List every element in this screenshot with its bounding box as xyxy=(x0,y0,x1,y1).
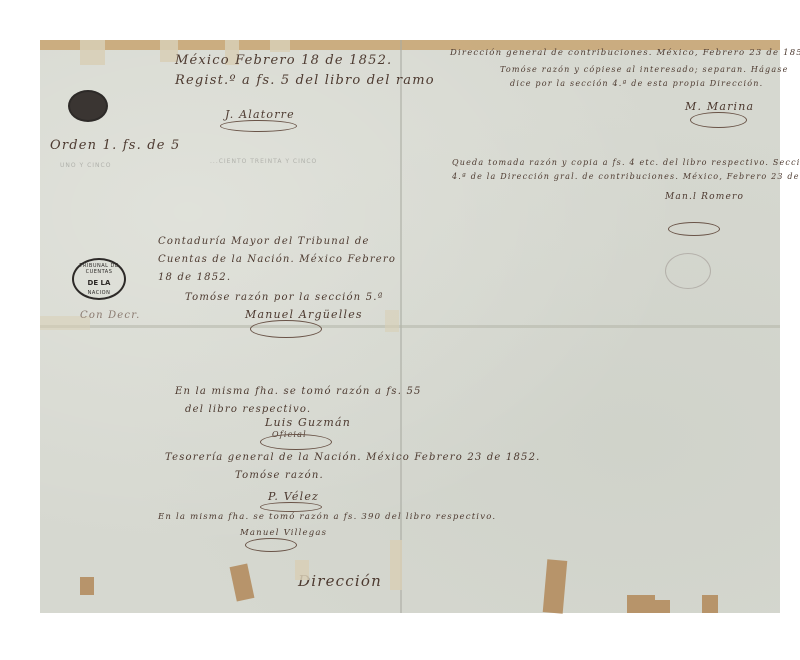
tape-patch xyxy=(627,595,655,613)
tape-patch xyxy=(295,560,309,580)
stamp-note: Con Decr. xyxy=(80,310,141,321)
block2-line-2: del libro respectivo. xyxy=(185,404,311,415)
tape-patch xyxy=(702,595,718,613)
right-block2-line-1: Queda tomada razón y copia a fs. 4 etc. … xyxy=(452,158,800,167)
block1-line-2: Cuentas de la Nación. México Febrero xyxy=(158,254,396,265)
tape-patch xyxy=(230,564,255,602)
tape-patch xyxy=(655,600,670,613)
margin-note: Orden 1. fs. de 5 xyxy=(50,138,181,153)
printed-letterhead: UNO Y CINCO xyxy=(60,162,111,169)
embossed-seal xyxy=(665,253,711,289)
signature-flourish xyxy=(220,120,297,132)
right-block1-line-1: Tomóse razón y cópiese al interesado; se… xyxy=(500,65,789,74)
tape-patch xyxy=(270,40,290,52)
header-line-2: Regist.º a fs. 5 del libro del ramo xyxy=(175,73,435,88)
block2-line-1: En la misma fha. se tomó razón a fs. 55 xyxy=(175,386,422,397)
tape-patch xyxy=(390,540,402,590)
block4-line-1: En la misma fha. se tomó razón a fs. 390… xyxy=(158,512,496,522)
right-block2-line-2: 4.ª de la Dirección gral. de contribucio… xyxy=(452,172,800,181)
block4-signature: Manuel Villegas xyxy=(240,528,327,538)
tape-patch xyxy=(80,577,94,595)
tape-patch xyxy=(385,310,399,332)
block1-line-4: Tomóse razón por la sección 5.ª xyxy=(185,292,384,303)
signature-flourish xyxy=(250,320,322,338)
tape-patch xyxy=(80,40,105,65)
signature-flourish xyxy=(690,112,747,128)
signature-flourish xyxy=(260,502,322,512)
stamp-bottom-text: NACION xyxy=(74,290,124,296)
right-block2-signature: Man.l Romero xyxy=(665,192,744,202)
signature-flourish xyxy=(668,222,720,236)
printed-letterhead: ...CIENTO TREINTA Y CINCO xyxy=(210,158,317,165)
right-header-line: Dirección general de contribuciones. Méx… xyxy=(450,48,800,58)
header-line-1: México Febrero 18 de 1852. xyxy=(175,53,392,68)
horizontal-fold xyxy=(40,325,780,328)
block3-line-2: Tomóse razón. xyxy=(235,470,324,481)
document-sheet: Orden 1. fs. de 5 México Febrero 18 de 1… xyxy=(40,40,780,613)
block2-signature: Luis Guzmán xyxy=(265,416,351,429)
signature-flourish xyxy=(260,434,332,450)
stamp-ring-text: TRIBUNAL DE CUENTAS xyxy=(74,263,124,275)
closing-signature: Dirección xyxy=(298,572,382,590)
block3-line-1: Tesorería general de la Nación. México F… xyxy=(165,452,541,463)
tribunal-oval-stamp: TRIBUNAL DE CUENTAS DE LA NACION xyxy=(72,258,126,300)
block1-line-3: 18 de 1852. xyxy=(158,272,231,283)
block1-signature: Manuel Argüelles xyxy=(245,308,363,321)
right-block1-line-2: dice por la sección 4.ª de esta propia D… xyxy=(510,79,763,88)
tape-patch xyxy=(543,559,568,614)
block1-line-1: Contaduría Mayor del Tribunal de xyxy=(158,236,370,247)
eagle-seal-stamp xyxy=(68,90,108,122)
stamp-center-text: DE LA xyxy=(74,279,124,287)
signature-flourish xyxy=(245,538,297,552)
